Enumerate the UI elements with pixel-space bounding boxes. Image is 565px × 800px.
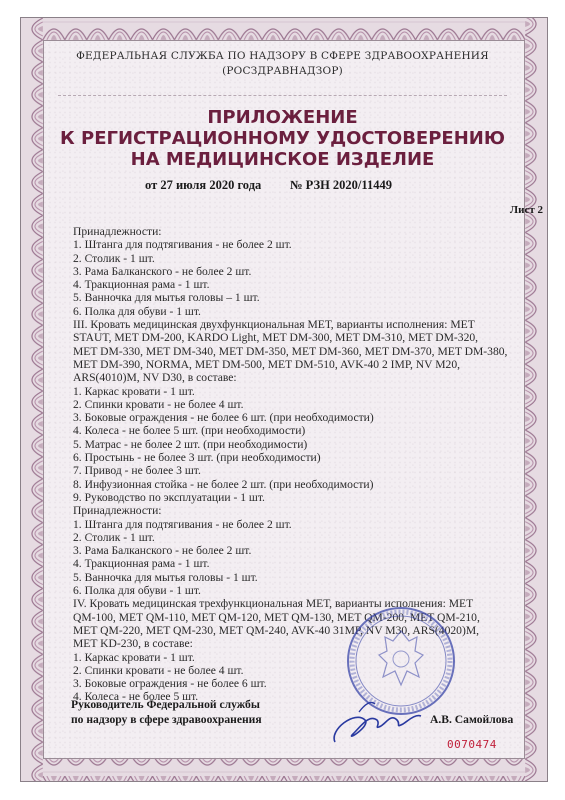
body-line: 3. Рама Балканского - не более 2 шт. — [73, 544, 513, 557]
body-line: 4. Тракционная рама - 1 шт. — [73, 557, 513, 570]
body-line: MET DM-390, NORMA, MET DM-500, MET DM-51… — [73, 358, 513, 371]
body-line: 3. Боковые ограждения - не более 6 шт. (… — [73, 411, 513, 424]
document-title: ПРИЛОЖЕНИЕ К РЕГИСТРАЦИОННОМУ УДОСТОВЕРЕ… — [0, 107, 565, 170]
body-line: STAUT, MET DM-200, KARDO Light, MET DM-3… — [73, 331, 513, 344]
body-line: 5. Ванночка для мытья головы - 1 шт. — [73, 571, 513, 584]
body-line: 2. Спинки кровати - не более 4 шт. — [73, 398, 513, 411]
header-divider — [58, 95, 507, 96]
title-line: К РЕГИСТРАЦИОННОМУ УДОСТОВЕРЕНИЮ — [0, 128, 565, 149]
body-line: 6. Полка для обуви - 1 шт. — [73, 584, 513, 597]
body-line: 6. Простынь - не более 3 шт. (при необхо… — [73, 451, 513, 464]
registration-date: от 27 июля 2020 года — [145, 178, 261, 193]
body-line: 1. Штанга для подтягивания - не более 2 … — [73, 238, 513, 251]
body-line: 2. Столик - 1 шт. — [73, 531, 513, 544]
agency-abbreviation: (РОСЗДРАВНАДЗОР) — [0, 64, 565, 79]
body-line: 8. Инфузионная стойка - не более 2 шт. (… — [73, 478, 513, 491]
body-line: MET DM-330, MET DM-340, MET DM-350, MET … — [73, 345, 513, 358]
body-line: 4. Тракционная рама - 1 шт. — [73, 278, 513, 291]
title-line: ПРИЛОЖЕНИЕ — [0, 107, 565, 128]
body-line: 7. Привод - не более 3 шт. — [73, 464, 513, 477]
body-line: 2. Столик - 1 шт. — [73, 252, 513, 265]
position-line: по надзору в сфере здравоохранения — [71, 712, 262, 727]
signature-icon — [325, 690, 435, 750]
body-line: 5. Матрас - не более 2 шт. (при необходи… — [73, 438, 513, 451]
body-line: 1. Штанга для подтягивания - не более 2 … — [73, 518, 513, 531]
body-line: 4. Колеса - не более 5 шт. (при необходи… — [73, 424, 513, 437]
title-line: НА МЕДИЦИНСКОЕ ИЗДЕЛИЕ — [0, 149, 565, 170]
signatory-position: Руководитель Федеральной службы по надзо… — [71, 697, 262, 727]
body-line: Принадлежности: — [73, 225, 513, 238]
body-line: 3. Рама Балканского - не более 2 шт. — [73, 265, 513, 278]
sheet-number: Лист 2 — [510, 204, 543, 216]
form-serial-number: 0070474 — [447, 738, 497, 751]
body-line: 9. Руководство по эксплуатации - 1 шт. — [73, 491, 513, 504]
body-line: 6. Полка для обуви - 1 шт. — [73, 305, 513, 318]
agency-name: ФЕДЕРАЛЬНАЯ СЛУЖБА ПО НАДЗОРУ В СФЕРЕ ЗД… — [0, 49, 565, 64]
body-line: Принадлежности: — [73, 504, 513, 517]
body-line: 5. Ванночка для мытья головы – 1 шт. — [73, 291, 513, 304]
body-line: ARS(4010)M, NV D30, в составе: — [73, 371, 513, 384]
body-line: 1. Каркас кровати - 1 шт. — [73, 385, 513, 398]
body-line: III. Кровать медицинская двухфункциональ… — [73, 318, 513, 331]
issuing-agency: ФЕДЕРАЛЬНАЯ СЛУЖБА ПО НАДЗОРУ В СФЕРЕ ЗД… — [0, 49, 565, 79]
position-line: Руководитель Федеральной службы — [71, 697, 262, 712]
signatory-name: А.В. Самойлова — [430, 713, 513, 726]
registration-number: № РЗН 2020/11449 — [290, 178, 392, 193]
